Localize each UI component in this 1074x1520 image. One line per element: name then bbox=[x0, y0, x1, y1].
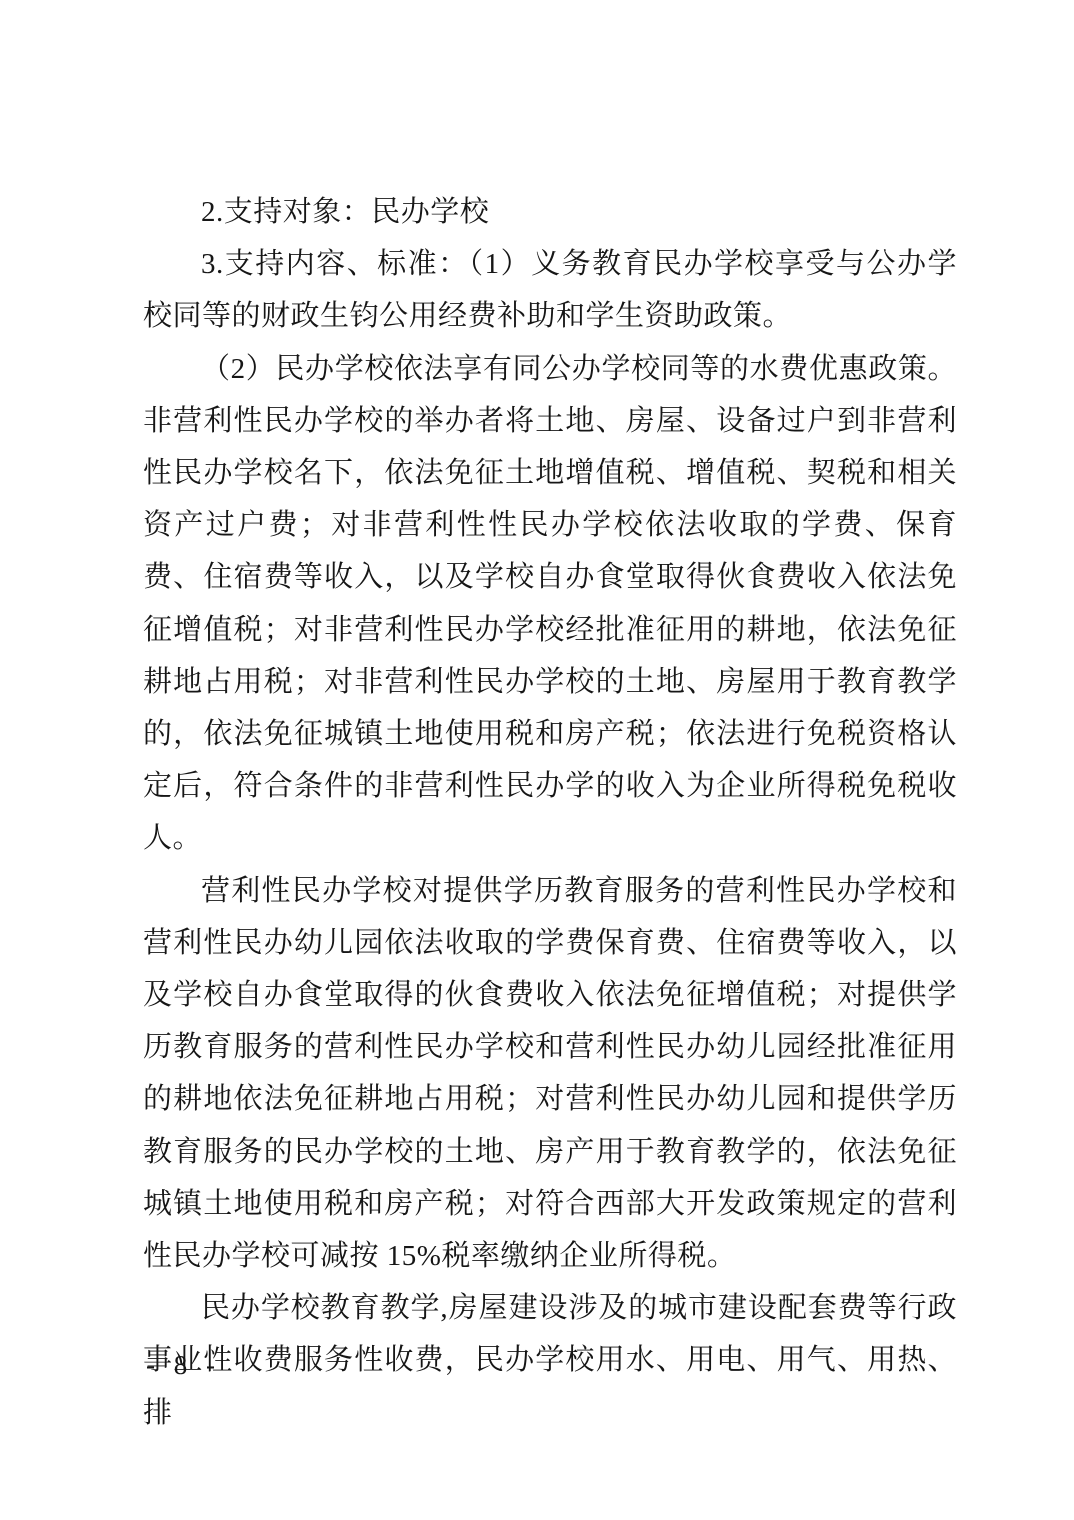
document-body: 2.支持对象：民办学校3.支持内容、标准：（1）义务教育民办学校享受与公办学校同… bbox=[143, 186, 957, 1439]
paragraph: 民办学校教育教学,房屋建设涉及的城市建设配套费等行政事业性收费服务性收费，民办学… bbox=[143, 1282, 957, 1439]
document-page: 2.支持对象：民办学校3.支持内容、标准：（1）义务教育民办学校享受与公办学校同… bbox=[0, 0, 1074, 1520]
paragraph: 营利性民办学校对提供学历教育服务的营利性民办学校和营利性民办幼儿园依法收取的学费… bbox=[143, 865, 957, 1283]
page-number: - 8 - bbox=[146, 1350, 221, 1381]
paragraph: 3.支持内容、标准：（1）义务教育民办学校享受与公办学校同等的财政生钧公用经费补… bbox=[143, 238, 957, 342]
paragraph: 2.支持对象：民办学校 bbox=[143, 186, 957, 238]
paragraph: （2）民办学校依法享有同公办学校同等的水费优惠政策。非营利性民办学校的举办者将土… bbox=[143, 343, 957, 865]
